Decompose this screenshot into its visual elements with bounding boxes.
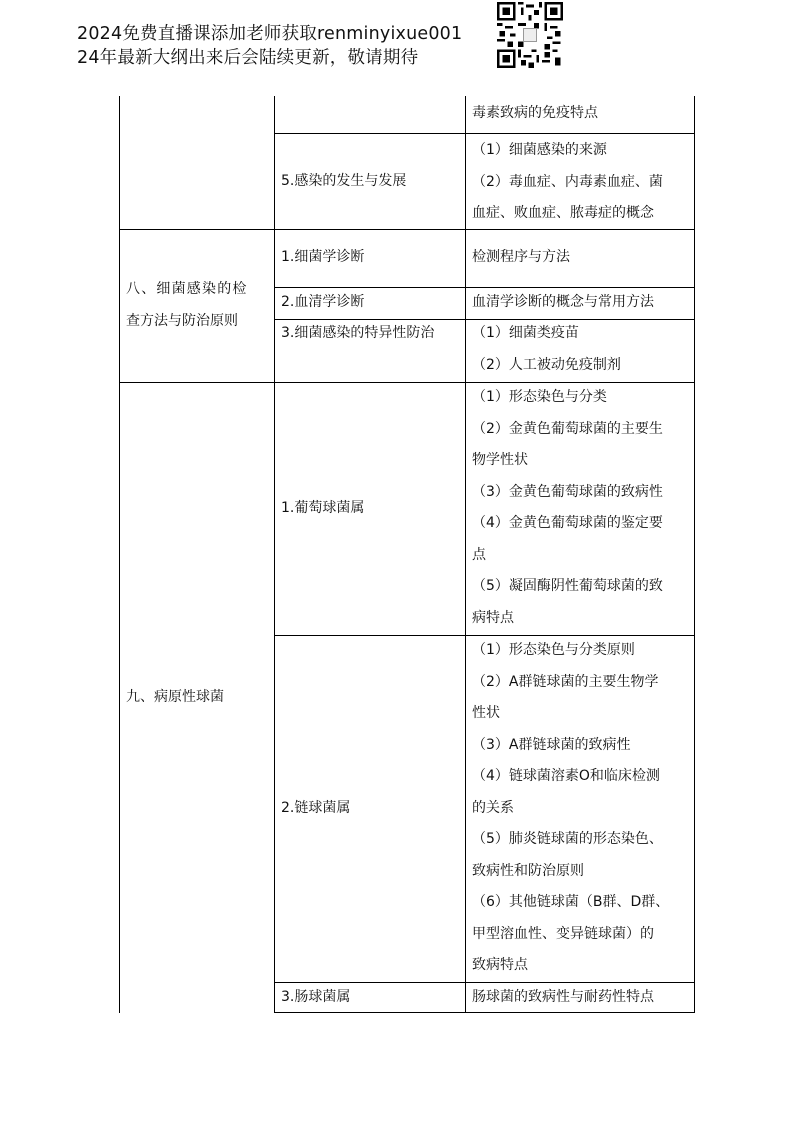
detail-cell: （1）细菌感染的来源 （2）毒血症、内毒素血症、菌 血症、败血症、脓毒症的概念: [472, 135, 663, 230]
detail-line: 毒素致病的免疫特点: [472, 98, 598, 130]
topic-label: 3.肠球菌属: [281, 982, 350, 1014]
detail-line: 的关系: [472, 793, 669, 825]
promo-line-2: 24年最新大纲出来后会陆续更新，敬请期待: [77, 46, 497, 70]
topic-label: 2.链球菌属: [281, 793, 350, 825]
detail-line: 肠球菌的致病性与耐药性特点: [472, 982, 654, 1014]
detail-line: 血症、败血症、脓毒症的概念: [472, 198, 663, 230]
detail-line: 点: [472, 540, 663, 572]
topic-label: 2.血清学诊断: [281, 287, 364, 319]
row-divider: [274, 133, 695, 134]
detail-line: （1）形态染色与分类原则: [472, 635, 669, 667]
topic-cell: 5.感染的发生与发展: [281, 166, 406, 198]
unit-cell: 九、病原性球菌: [126, 682, 224, 714]
detail-line: 血清学诊断的概念与常用方法: [472, 287, 654, 319]
unit-label: 八、细菌感染的检: [126, 274, 248, 306]
detail-line: （4）链球菌溶素O和临床检测: [472, 761, 669, 793]
detail-cell: （1）形态染色与分类原则 （2）A群链球菌的主要生物学 性状 （3）A群链球菌的…: [472, 635, 669, 982]
detail-line: 检测程序与方法: [472, 242, 570, 274]
detail-line: （2）毒血症、内毒素血症、菌: [472, 167, 663, 199]
detail-line: （2）金黄色葡萄球菌的主要生: [472, 414, 663, 446]
unit-label: 查方法与防治原则: [126, 306, 248, 338]
unit-label: 九、病原性球菌: [126, 682, 224, 714]
detail-line: 物学性状: [472, 445, 663, 477]
topic-cell: 1.葡萄球菌属: [281, 493, 364, 525]
detail-line: （1）细菌类疫苗: [472, 318, 621, 350]
detail-cell: （1）细菌类疫苗 （2）人工被动免疫制剂: [472, 318, 621, 381]
detail-cell: 毒素致病的免疫特点: [472, 98, 598, 130]
detail-line: 性状: [472, 698, 669, 730]
topic-label: 1.细菌学诊断: [281, 242, 364, 274]
detail-line: （1）细菌感染的来源: [472, 135, 663, 167]
detail-line: 病特点: [472, 603, 663, 635]
detail-line: （2）A群链球菌的主要生物学: [472, 667, 669, 699]
detail-line: （4）金黄色葡萄球菌的鉴定要: [472, 508, 663, 540]
detail-line: 甲型溶血性、变异链球菌）的: [472, 919, 669, 951]
detail-line: （5）肺炎链球菌的形态染色、: [472, 824, 669, 856]
detail-cell: 血清学诊断的概念与常用方法: [472, 287, 654, 319]
topic-cell: 1.细菌学诊断: [281, 242, 364, 274]
detail-cell: 检测程序与方法: [472, 242, 570, 274]
table-divider-col2: [274, 96, 275, 1013]
table-divider-col3: [465, 96, 466, 1013]
detail-line: （3）A群链球菌的致病性: [472, 730, 669, 762]
topic-cell: 3.细菌感染的特异性防治: [281, 318, 434, 350]
unit-cell: 八、细菌感染的检 查方法与防治原则: [126, 274, 248, 337]
detail-line: 致病特点: [472, 950, 669, 982]
topic-label: 5.感染的发生与发展: [281, 166, 406, 198]
detail-line: （1）形态染色与分类: [472, 382, 663, 414]
qr-code-icon: [497, 2, 563, 68]
detail-line: （6）其他链球菌（B群、D群、: [472, 887, 669, 919]
table-border-left: [119, 96, 120, 1013]
topic-label: 3.细菌感染的特异性防治: [281, 318, 434, 350]
table-border-right: [694, 96, 695, 1013]
promo-header: 2024免费直播课添加老师获取renminyixue001 24年最新大纲出来后…: [77, 22, 497, 70]
topic-cell: 2.血清学诊断: [281, 287, 364, 319]
topic-cell: 3.肠球菌属: [281, 982, 350, 1014]
topic-cell: 2.链球菌属: [281, 793, 350, 825]
topic-label: 1.葡萄球菌属: [281, 493, 364, 525]
detail-cell: 肠球菌的致病性与耐药性特点: [472, 982, 654, 1014]
detail-line: 致病性和防治原则: [472, 856, 669, 888]
detail-line: （5）凝固酶阴性葡萄球菌的致: [472, 571, 663, 603]
detail-line: （3）金黄色葡萄球菌的致病性: [472, 477, 663, 509]
promo-line-1: 2024免费直播课添加老师获取renminyixue001: [77, 22, 497, 46]
detail-line: （2）人工被动免疫制剂: [472, 350, 621, 382]
detail-cell: （1）形态染色与分类 （2）金黄色葡萄球菌的主要生 物学性状 （3）金黄色葡萄球…: [472, 382, 663, 634]
